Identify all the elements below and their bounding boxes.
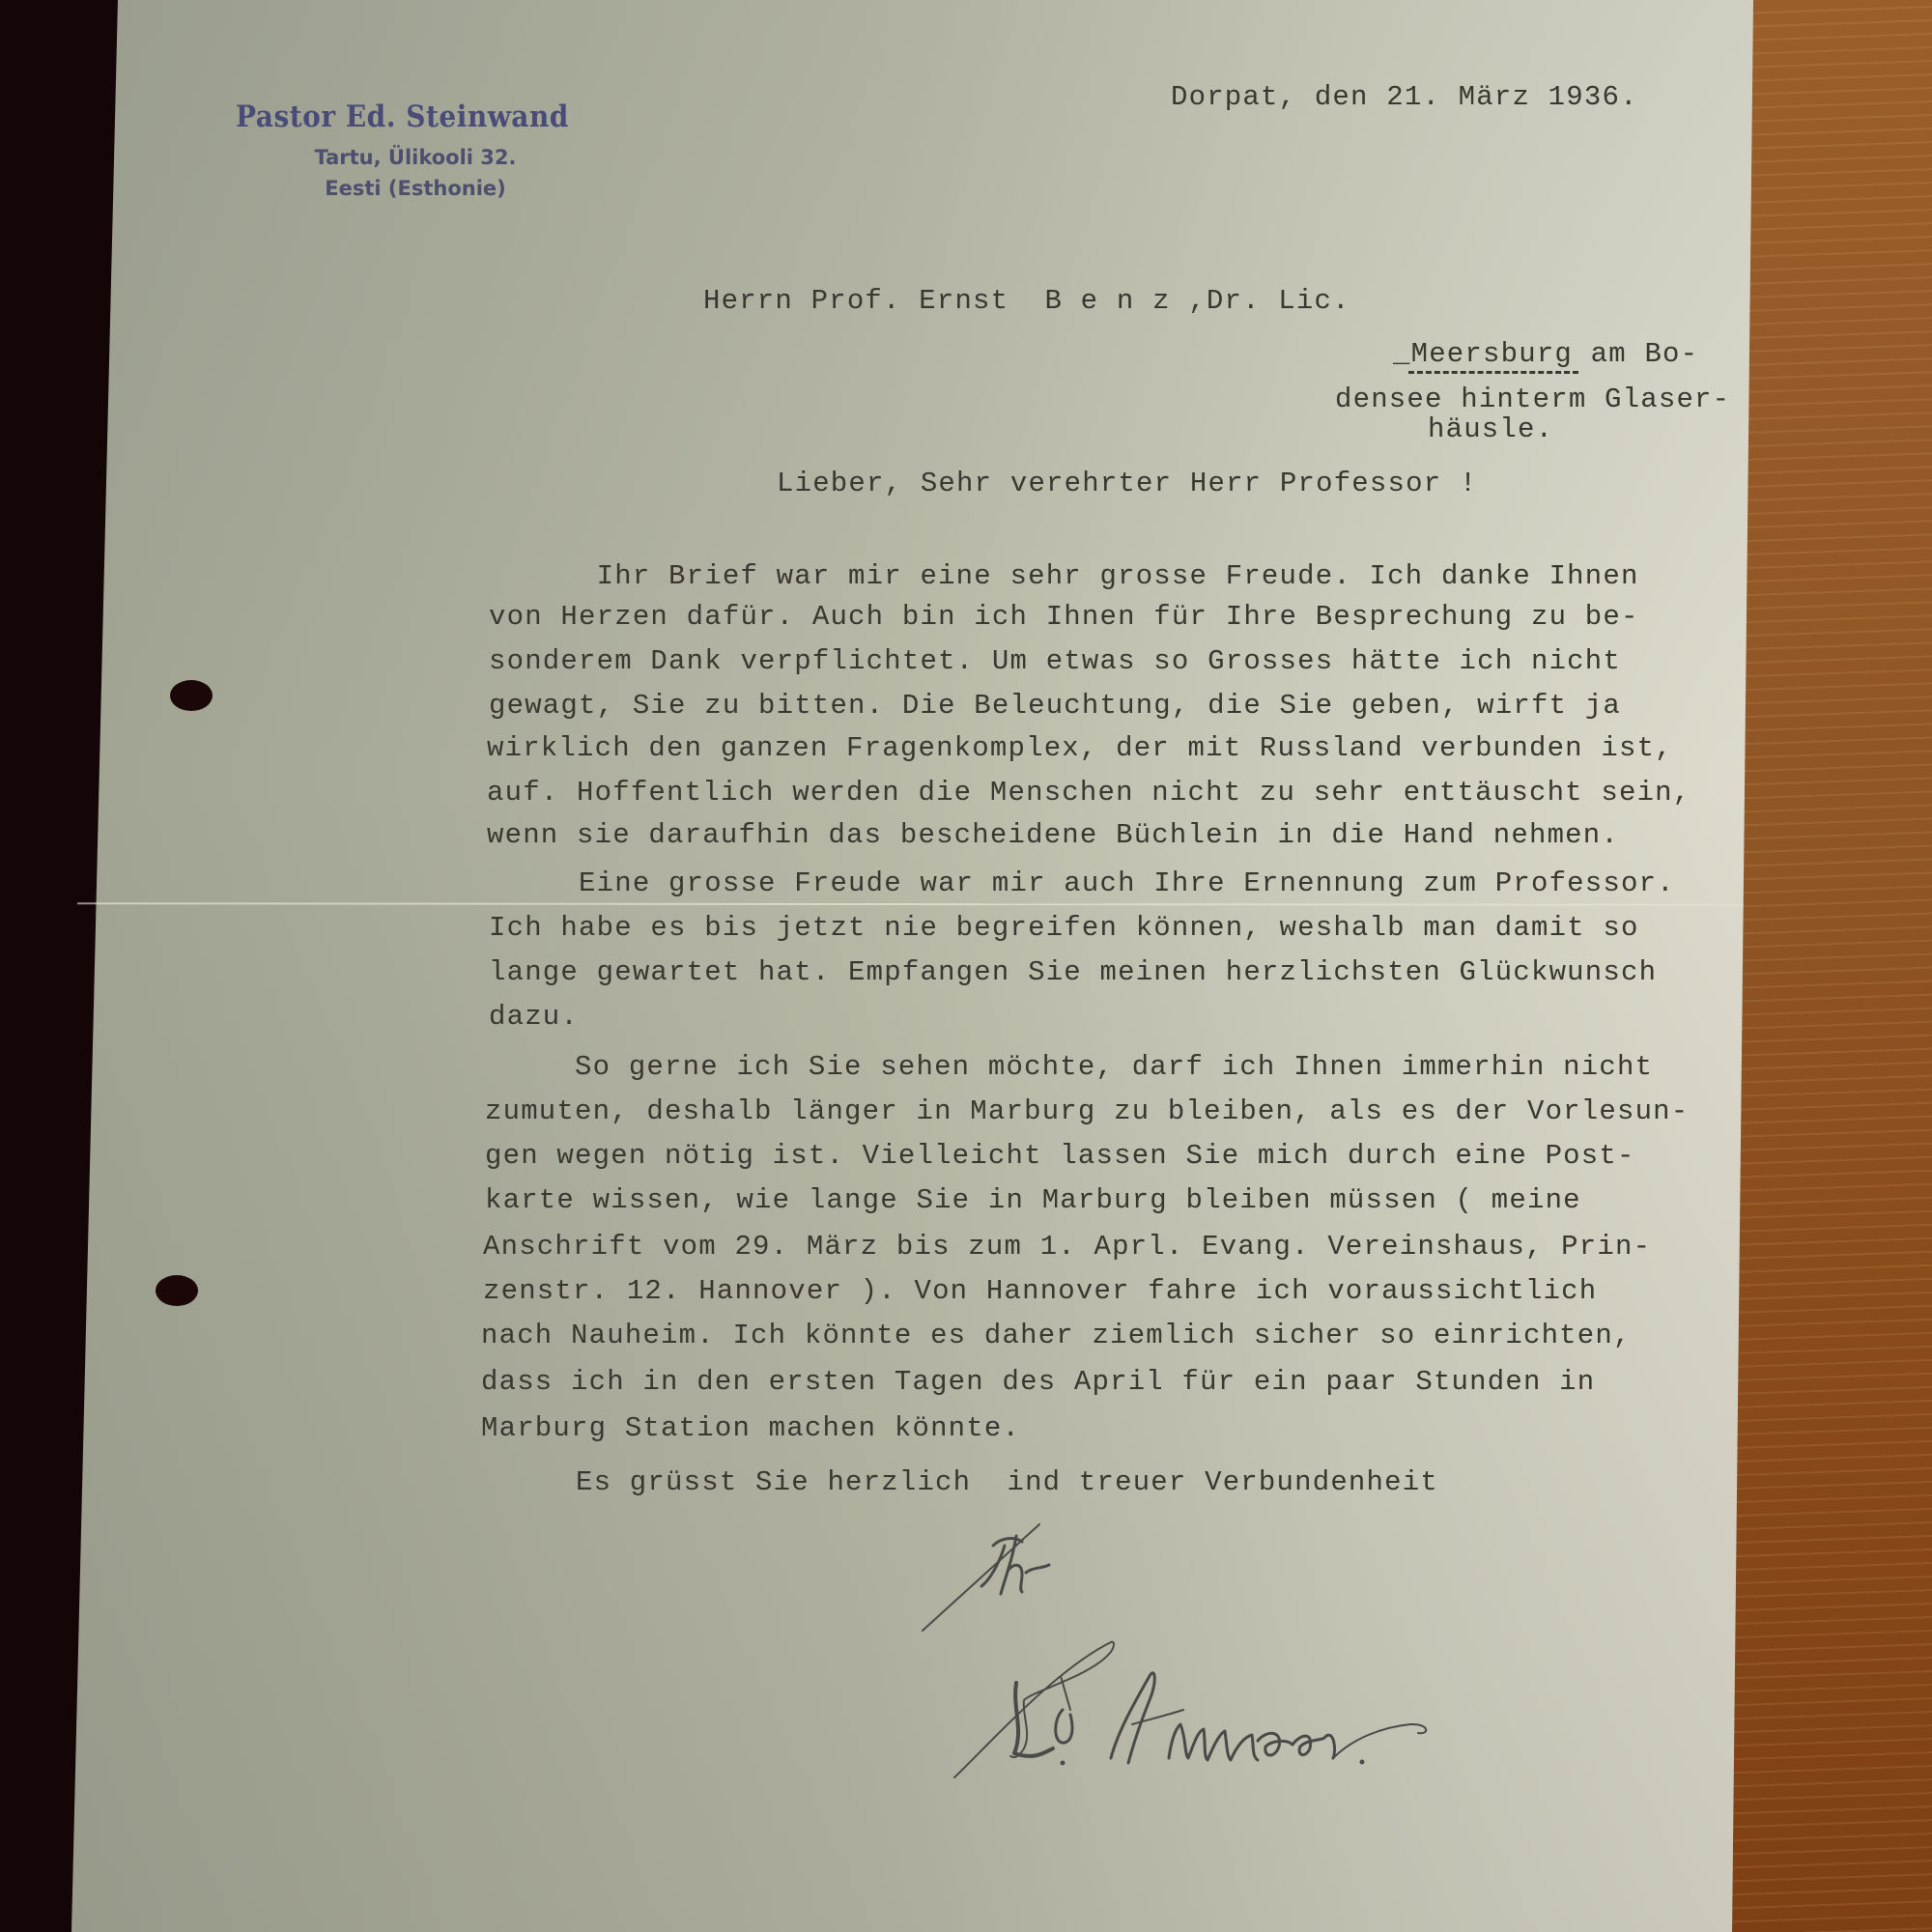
body-line: zenstr. 12. Hannover ). Von Hannover fah… [483,1275,1597,1307]
body-line: Ihr Brief war mir eine sehr grosse Freud… [489,560,1639,592]
body-line: Anschrift vom 29. März bis zum 1. Aprl. … [483,1231,1651,1263]
body-line: karte wissen, wie lange Sie in Marburg b… [485,1184,1581,1216]
body-line: So gerne ich Sie sehen möchte, darf ich … [485,1051,1653,1083]
body-line: Eine grosse Freude war mir auch Ihre Ern… [489,867,1675,899]
body-line: dazu. [489,1001,579,1033]
date-line: Dorpat, den 21. März 1936. [1171,81,1638,113]
recipient-address-line1: _Meersburg am Bo- [1393,338,1698,370]
body-line: wenn sie daraufhin das bescheidene Büchl… [487,819,1619,851]
letterhead-name: Pastor Ed. Steinwand [232,99,599,133]
meersburg-underline [1408,371,1578,374]
salutation: Lieber, Sehr verehrter Herr Professor ! [777,468,1478,499]
letterhead-address-country: Eesti (Esthonie) [232,173,599,204]
closing-line: Es grüsst Sie herzlich ind treuer Verbun… [576,1466,1438,1498]
recipient-address-line2: densee hinterm Glaser- [1335,384,1730,415]
body-line: lange gewartet hat. Empfangen Sie meinen… [489,956,1657,988]
body-line: auf. Hoffentlich werden die Menschen nic… [487,777,1690,809]
body-line: zumuten, deshalb länger in Marburg zu bl… [485,1095,1689,1127]
handwritten-signature: Ed. Steinwand [908,1517,1662,1806]
punch-hole-bottom [156,1275,198,1306]
body-line: wirklich den ganzen Fragenkomplex, der m… [487,732,1673,764]
body-line: sonderem Dank verpflichtet. Um etwas so … [489,645,1621,677]
body-line: von Herzen dafür. Auch bin ich Ihnen für… [489,601,1639,633]
punch-hole-top [170,680,213,711]
recipient-name: Herrn Prof. Ernst B e n z ,Dr. Lic. [703,285,1350,317]
body-line: Marburg Station machen könnte. [481,1412,1020,1444]
recipient-address-line3: häusle. [1428,413,1553,445]
letterhead-address-street: Tartu, Ülikooli 32. [232,142,599,173]
body-line: Ich habe es bis jetzt nie begreifen könn… [489,912,1639,944]
letterhead-stamp: Pastor Ed. Steinwand Tartu, Ülikooli 32.… [232,100,599,204]
body-line: dass ich in den ersten Tagen des April f… [481,1366,1595,1398]
body-line: nach Nauheim. Ich könnte es daher ziemli… [481,1320,1632,1351]
body-line: gen wegen nötig ist. Vielleicht lassen S… [485,1140,1635,1172]
body-line: gewagt, Sie zu bitten. Die Beleuchtung, … [489,690,1621,722]
